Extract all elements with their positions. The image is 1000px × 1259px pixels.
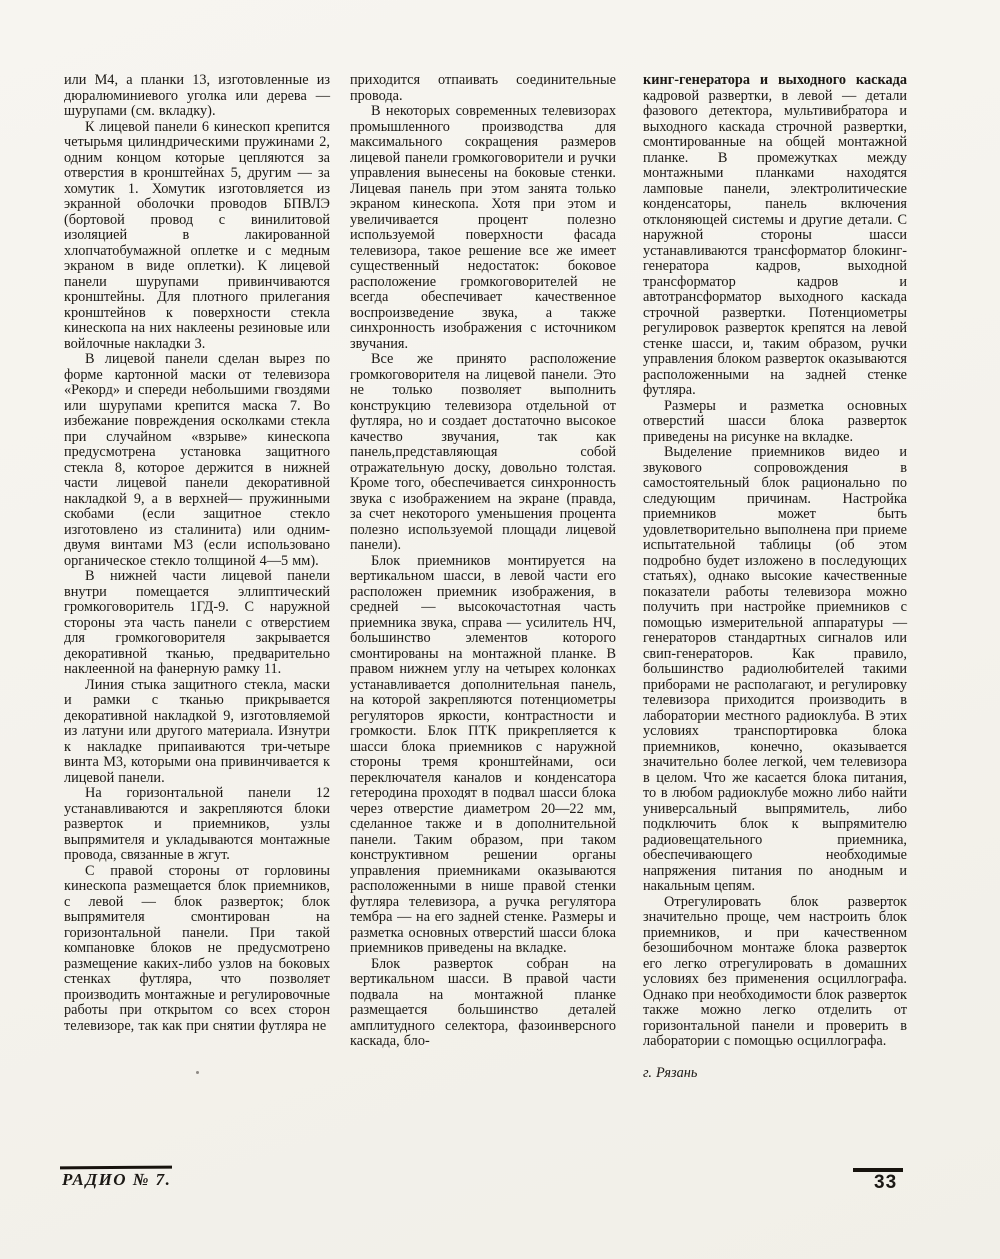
paragraph: В нижней части лицевой панели внутри пом…	[64, 569, 330, 678]
paragraph: приходится отпаивать соединительные пров…	[350, 73, 616, 104]
paragraph: Линия стыка защитного стекла, маски и ра…	[64, 678, 330, 787]
paragraph: кинг-генератора и выходного каскада кадр…	[643, 73, 907, 399]
article-column-2: приходится отпаивать соединительные пров…	[350, 73, 616, 1050]
paragraph: В лицевой панели сделан вырез по форме к…	[64, 352, 330, 569]
journal-issue-label: РАДИО № 7.	[62, 1170, 171, 1190]
article-column-1: или М4, а планки 13, изготовленные из дю…	[64, 73, 330, 1034]
paragraph-text: кадровой развертки, в левой — детали фаз…	[643, 88, 907, 399]
paragraph: Все же принято расположение громкоговори…	[350, 352, 616, 554]
paragraph: В некоторых современных телевизорах пром…	[350, 104, 616, 352]
footer-left-rule	[60, 1166, 172, 1170]
magazine-page: или М4, а планки 13, изготовленные из дю…	[0, 0, 1000, 1259]
paragraph: Блок приемников монтируется на вертикаль…	[350, 554, 616, 957]
paragraph: К лицевой панели 6 кинескоп крепится чет…	[64, 120, 330, 353]
paragraph: Размеры и разметка основных отверстий ша…	[643, 399, 907, 446]
paragraph: Выделение приемников видео и звукового с…	[643, 445, 907, 895]
paragraph: или М4, а планки 13, изготовленные из дю…	[64, 73, 330, 120]
scan-artifact	[196, 1071, 199, 1074]
article-column-3: кинг-генератора и выходного каскада кадр…	[643, 73, 907, 1081]
page-number: 33	[874, 1172, 897, 1194]
author-signature: г. Рязань	[643, 1066, 907, 1082]
paragraph: На горизонтальной панели 12 устанавливаю…	[64, 786, 330, 864]
paragraph: С правой стороны от горловины кинескопа …	[64, 864, 330, 1035]
paragraph: Блок разверток собран на вертикальном ша…	[350, 957, 616, 1050]
paragraph: Отрегулировать блок разверток значительн…	[643, 895, 907, 1050]
paragraph-bold-lead: кинг-генератора и выходного каскада	[643, 72, 907, 88]
